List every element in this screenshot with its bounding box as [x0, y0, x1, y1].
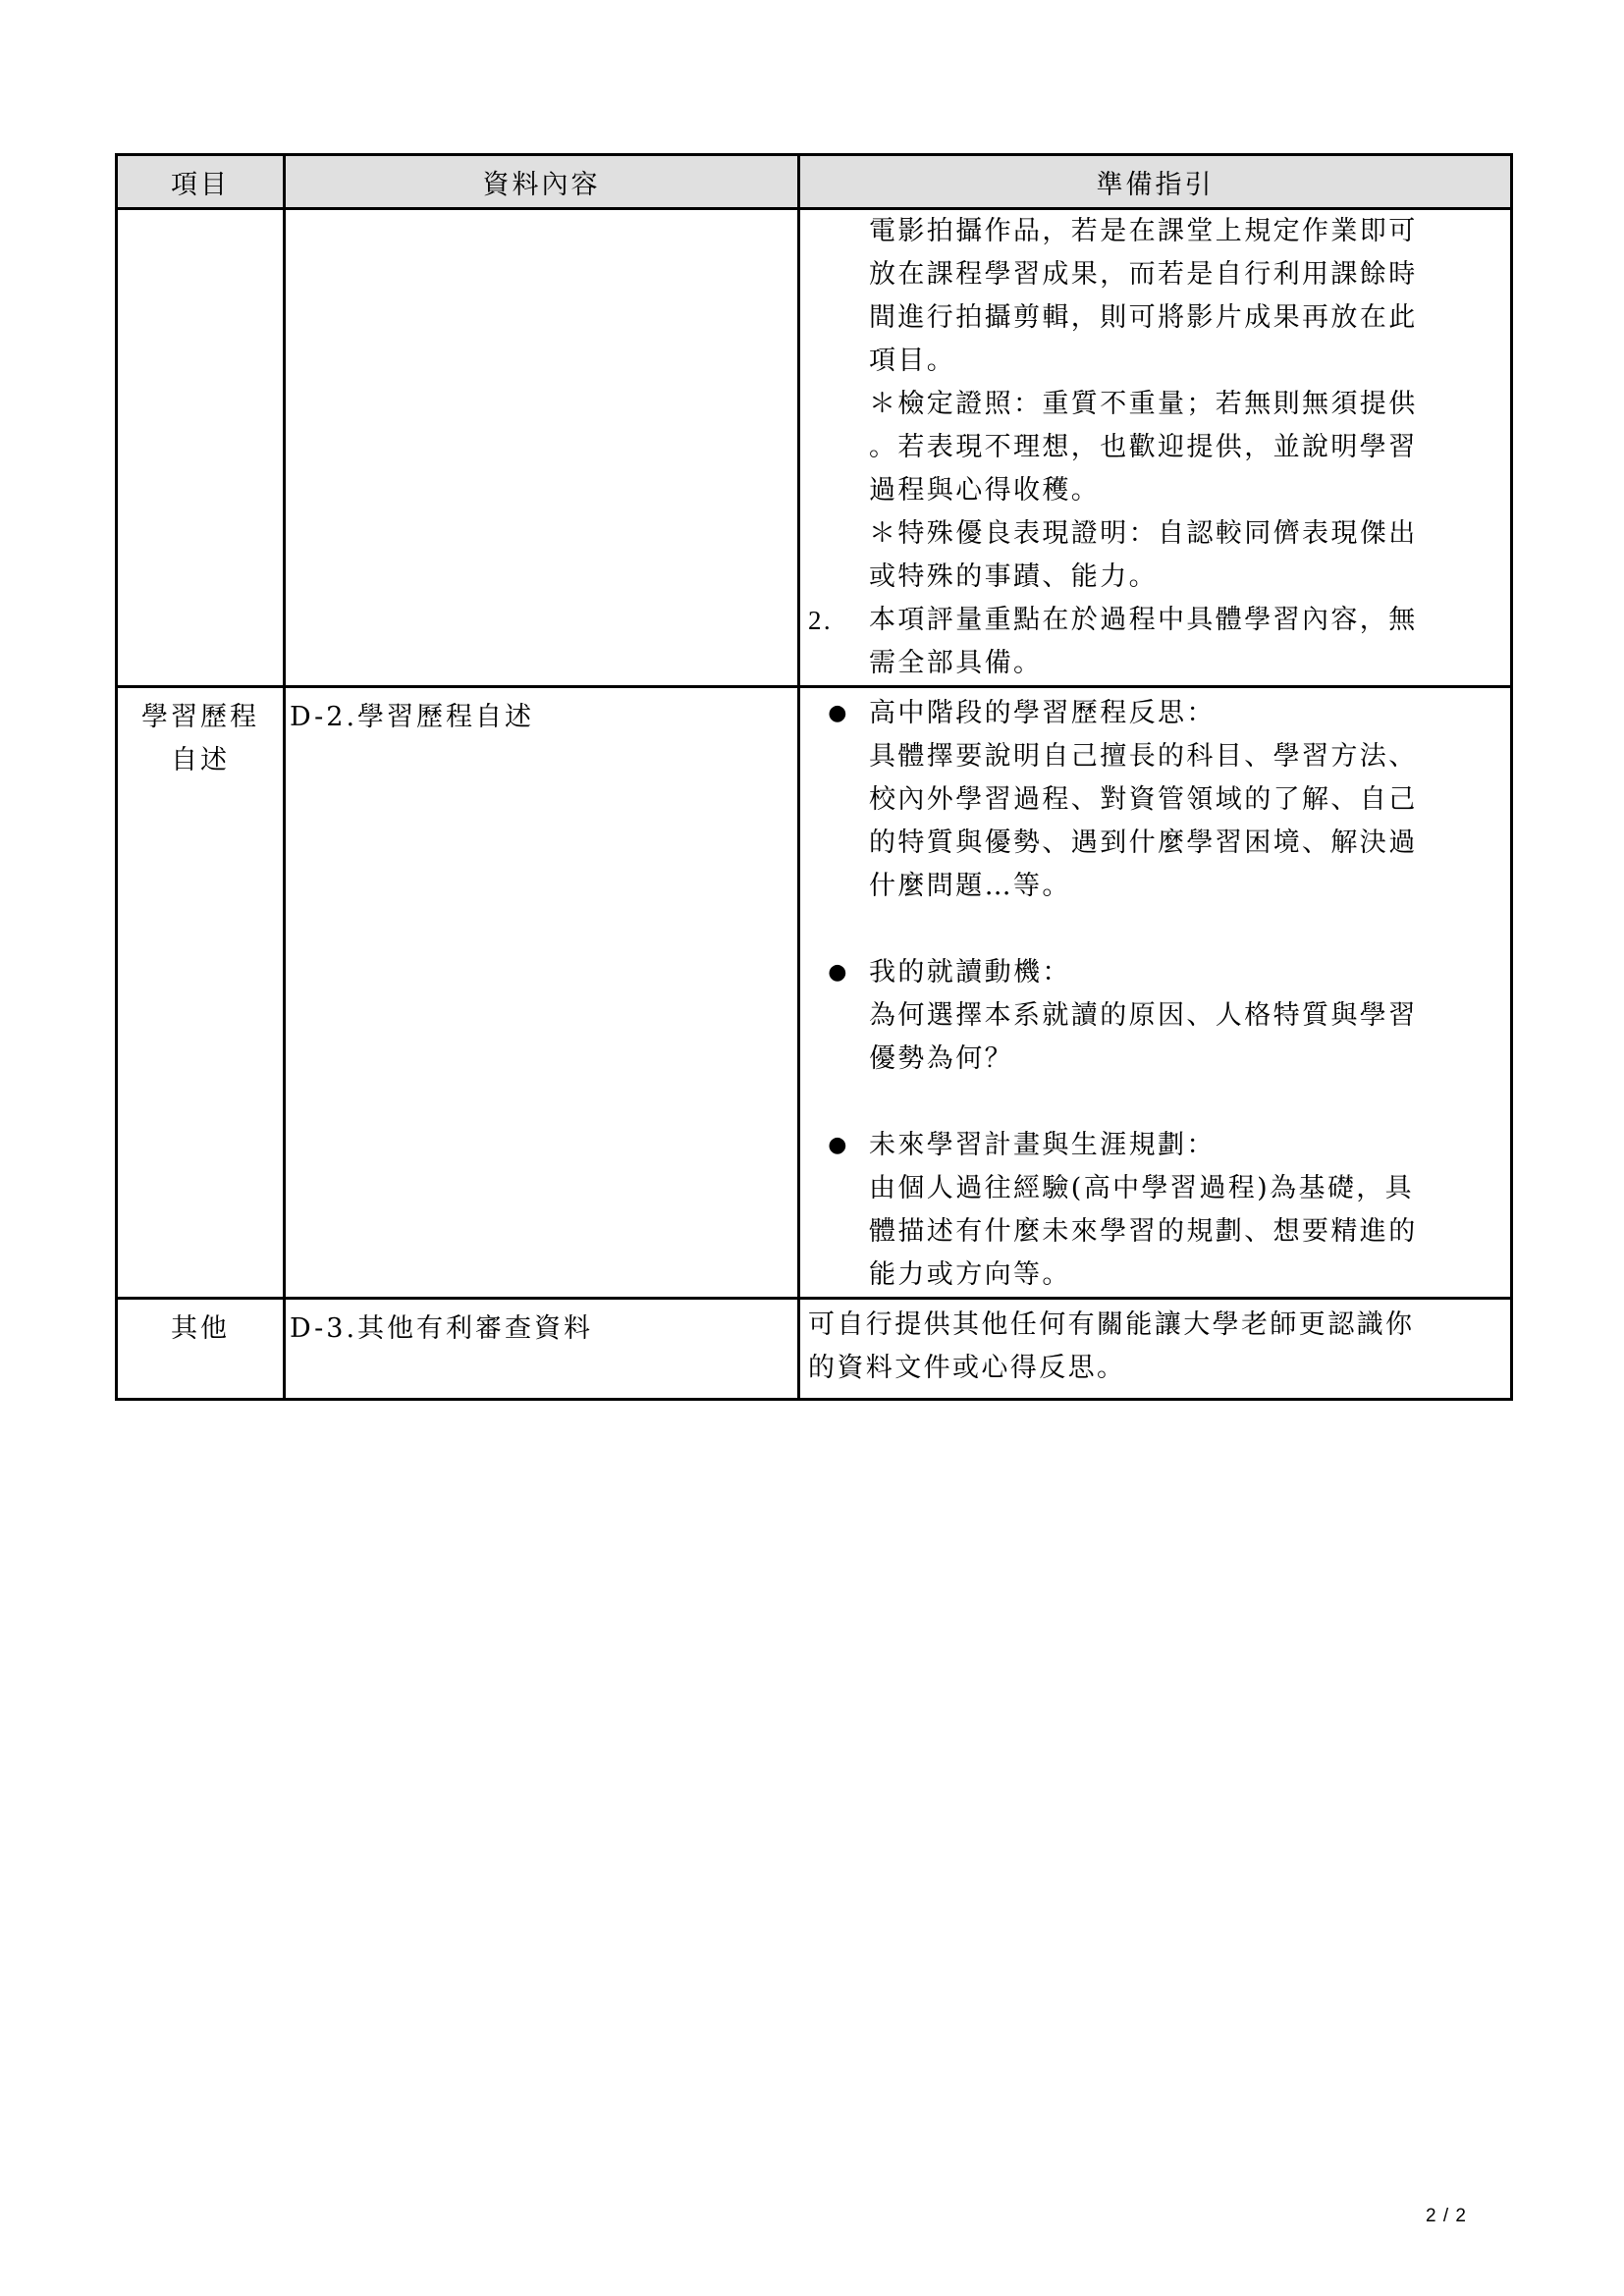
guide-line: 項目。: [869, 340, 1492, 383]
guide-line: 放在課程學習成果，而若是自行利用課餘時: [869, 253, 1492, 296]
bullet-title: 我的就讀動機：: [869, 951, 1418, 994]
guide-cell: 可自行提供其他任何有關能讓大學老師更認識你 的資料文件或心得反思。: [799, 1299, 1512, 1400]
guide-line: 什麼問題…等。: [869, 865, 1418, 908]
bullet-title: 高中階段的學習歷程反思：: [869, 692, 1418, 735]
guide-line: ＊檢定證照：重質不重量；若無則無須提供: [869, 383, 1492, 426]
bullet-item-motivation: ● 我的就讀動機： 為何選擇本系就讀的原因、人格特質與學習 優勢為何？: [808, 951, 1492, 1081]
guide-line: 的資料文件或心得反思。: [808, 1347, 1492, 1390]
guide-line: 或特殊的事蹟、能力。: [869, 556, 1492, 599]
item-cell: 學習歷程 自述: [117, 687, 285, 1299]
item-label-line: 自述: [122, 739, 279, 782]
table-row: 電影拍攝作品，若是在課堂上規定作業即可 放在課程學習成果，而若是自行利用課餘時 …: [117, 209, 1512, 687]
content-cell: D-3.其他有利審查資料: [285, 1299, 799, 1400]
guide-line: 由個人過往經驗(高中學習過程)為基礎，具: [869, 1167, 1418, 1210]
bullet-text: 高中階段的學習歷程反思： 具體擇要說明自己擅長的科目、學習方法、 校內外學習過程…: [869, 692, 1418, 908]
guide-cell: ● 高中階段的學習歷程反思： 具體擇要說明自己擅長的科目、學習方法、 校內外學習…: [799, 687, 1512, 1299]
item-cell: [117, 209, 285, 687]
numbered-item: 2. 本項評量重點在於過程中具體學習內容，無 需全部具備。: [808, 599, 1492, 685]
page-number: 2 / 2: [1426, 2206, 1467, 2227]
guide-line: 的特質與優勢、遇到什麼學習困境、解決過: [869, 822, 1418, 865]
guide-line: 可自行提供其他任何有關能讓大學老師更認識你: [808, 1304, 1492, 1347]
guide-cell: 電影拍攝作品，若是在課堂上規定作業即可 放在課程學習成果，而若是自行利用課餘時 …: [799, 209, 1512, 687]
guide-line: 體描述有什麼未來學習的規劃、想要精進的: [869, 1210, 1418, 1254]
header-content: 資料內容: [285, 155, 799, 209]
spacer: [808, 1081, 1492, 1124]
bullet-item-reflection: ● 高中階段的學習歷程反思： 具體擇要說明自己擅長的科目、學習方法、 校內外學習…: [808, 692, 1492, 908]
continued-guide-text: 電影拍攝作品，若是在課堂上規定作業即可 放在課程學習成果，而若是自行利用課餘時 …: [808, 210, 1492, 599]
bullet-title: 未來學習計畫與生涯規劃：: [869, 1124, 1418, 1167]
content-cell: D-2.學習歷程自述: [285, 687, 799, 1299]
guide-line: 為何選擇本系就讀的原因、人格特質與學習: [869, 994, 1418, 1038]
guide-line: 優勢為何？: [869, 1038, 1418, 1081]
guide-line: 過程與心得收穫。: [869, 469, 1492, 512]
guide-line: 本項評量重點在於過程中具體學習內容，無: [869, 599, 1418, 642]
guide-line: 校內外學習過程、對資管領域的了解、自己: [869, 778, 1418, 822]
numbered-item-text: 本項評量重點在於過程中具體學習內容，無 需全部具備。: [869, 599, 1418, 685]
table-row: 學習歷程 自述 D-2.學習歷程自述 ● 高中階段的學習歷程反思： 具體擇要說明…: [117, 687, 1512, 1299]
item-cell: 其他: [117, 1299, 285, 1400]
header-item: 項目: [117, 155, 285, 209]
bullet-icon: ●: [808, 951, 869, 1081]
content-cell: [285, 209, 799, 687]
bullet-text: 未來學習計畫與生涯規劃： 由個人過往經驗(高中學習過程)為基礎，具 體描述有什麼…: [869, 1124, 1418, 1297]
bullet-item-future-plan: ● 未來學習計畫與生涯規劃： 由個人過往經驗(高中學習過程)為基礎，具 體描述有…: [808, 1124, 1492, 1297]
guide-line: 電影拍攝作品，若是在課堂上規定作業即可: [869, 210, 1492, 253]
requirements-table: 項目 資料內容 準備指引 電影拍攝作品，若是在課堂上規定作業即可 放在課程學習成…: [115, 153, 1513, 1401]
table-row: 其他 D-3.其他有利審查資料 可自行提供其他任何有關能讓大學老師更認識你 的資…: [117, 1299, 1512, 1400]
bullet-icon: ●: [808, 692, 869, 908]
guide-line: 能力或方向等。: [869, 1254, 1418, 1297]
table-header-row: 項目 資料內容 準備指引: [117, 155, 1512, 209]
header-guide: 準備指引: [799, 155, 1512, 209]
item-label-line: 學習歷程: [122, 696, 279, 739]
guide-line: 間進行拍攝剪輯，則可將影片成果再放在此: [869, 296, 1492, 340]
spacer: [808, 908, 1492, 951]
guide-line: 具體擇要說明自己擅長的科目、學習方法、: [869, 735, 1418, 778]
guide-line: ＊特殊優良表現證明：自認較同儕表現傑出: [869, 512, 1492, 556]
bullet-text: 我的就讀動機： 為何選擇本系就讀的原因、人格特質與學習 優勢為何？: [869, 951, 1418, 1081]
item-number: 2.: [808, 599, 869, 685]
guide-line: 。若表現不理想，也歡迎提供，並說明學習: [869, 426, 1492, 469]
bullet-icon: ●: [808, 1124, 869, 1297]
guide-line: 需全部具備。: [869, 642, 1418, 685]
